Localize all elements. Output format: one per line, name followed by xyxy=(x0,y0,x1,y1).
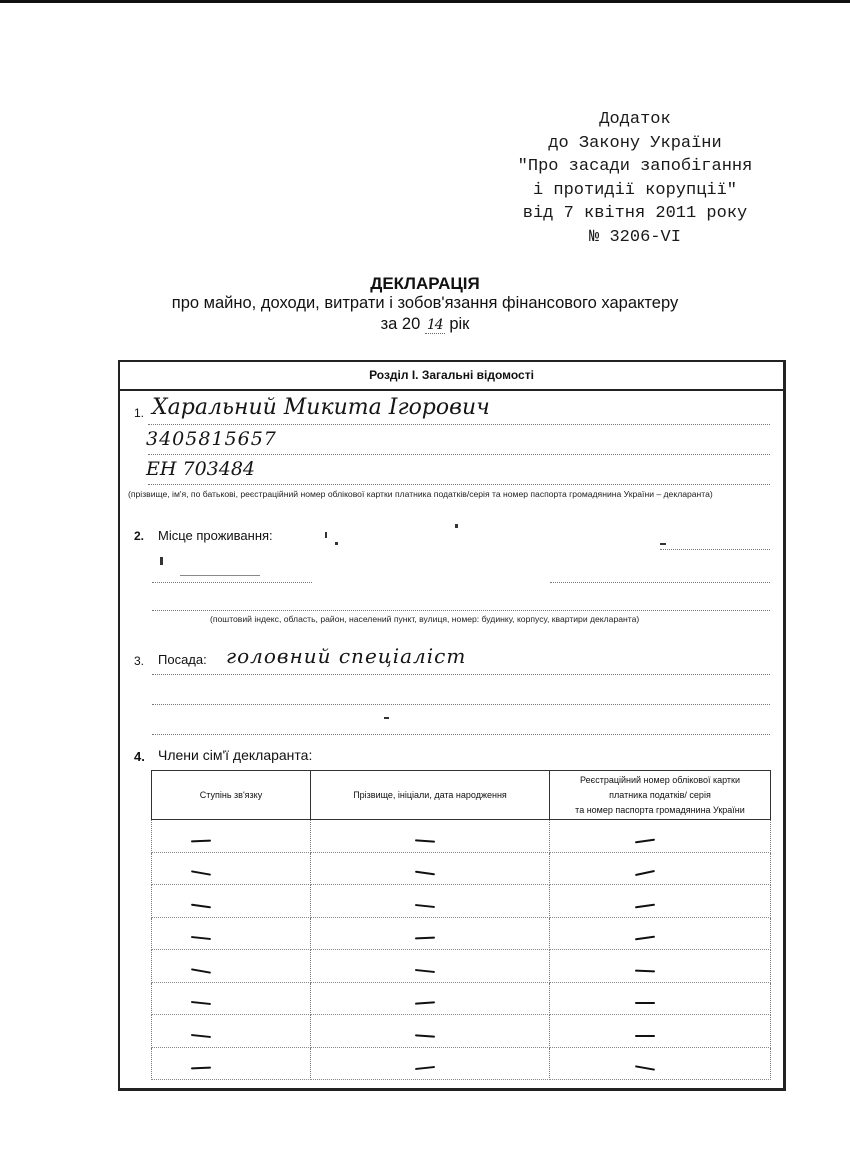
relation-cell[interactable]: — xyxy=(152,852,311,885)
handwritten-dash: — xyxy=(635,903,655,908)
handwritten-dash: — xyxy=(415,1002,435,1005)
tax-id-cell[interactable]: — xyxy=(550,982,771,1015)
scan-top-edge xyxy=(0,0,850,3)
relation-cell[interactable]: — xyxy=(152,1015,311,1048)
name-cell[interactable]: — xyxy=(311,1047,550,1080)
dotted-line xyxy=(148,454,770,455)
tax-id-cell[interactable]: — xyxy=(550,950,771,983)
declaration-title: ДЕКЛАРАЦІЯ xyxy=(0,274,850,294)
appendix-line: Додаток xyxy=(490,108,780,132)
handwritten-dash: — xyxy=(191,871,211,876)
year-suffix: рік xyxy=(449,315,469,333)
header-line: та номер паспорта громадянина України xyxy=(554,803,766,818)
appendix-line: "Про засади запобігання xyxy=(490,155,780,179)
redaction-residue xyxy=(660,543,666,545)
appendix-line: від 7 квітня 2011 року xyxy=(490,202,780,226)
redaction-residue xyxy=(455,524,458,528)
handwritten-dash: — xyxy=(635,870,655,876)
dotted-line xyxy=(148,484,770,485)
tax-id-cell[interactable]: — xyxy=(550,1047,771,1080)
handwritten-dash: — xyxy=(191,1001,211,1005)
name-cell[interactable]: — xyxy=(311,917,550,950)
handwritten-dash: — xyxy=(415,1034,435,1037)
name-cell[interactable]: — xyxy=(311,1015,550,1048)
dotted-line xyxy=(660,549,770,550)
tax-id-cell[interactable]: — xyxy=(550,820,771,853)
redaction-residue xyxy=(160,557,163,565)
handwritten-dash: — xyxy=(191,1034,211,1038)
position-label: Посада: xyxy=(158,652,207,667)
relation-cell[interactable]: — xyxy=(152,982,311,1015)
residence-label: Місце проживання: xyxy=(158,528,273,543)
tax-id-cell[interactable]: — xyxy=(550,885,771,918)
declaration-year: за 20 14 рік xyxy=(0,315,850,334)
table-header-row: Ступінь зв'язку Прізвище, ініціали, дата… xyxy=(152,771,771,820)
dotted-line xyxy=(148,424,770,425)
table-row: ——— xyxy=(152,950,771,983)
handwritten-dash: — xyxy=(635,936,655,941)
tax-id-cell[interactable]: — xyxy=(550,917,771,950)
handwritten-dash: — xyxy=(191,936,211,940)
declaration-subtitle: про майно, доходи, витрати і зобов'язанн… xyxy=(0,294,850,313)
column-header-tax-id: Реєстраційний номер облікової картки пла… xyxy=(550,771,771,820)
year-handwritten: 14 xyxy=(425,317,445,334)
handwritten-dash: — xyxy=(191,1067,211,1070)
handwritten-dash: — xyxy=(635,969,655,972)
name-cell[interactable]: — xyxy=(311,852,550,885)
appendix-line: і протидії корупції" xyxy=(490,179,780,203)
handwritten-dash: — xyxy=(415,937,435,940)
item-3-number: 3. xyxy=(134,654,144,668)
relation-cell[interactable]: — xyxy=(152,917,311,950)
redaction-residue xyxy=(384,717,389,719)
table-row: ——— xyxy=(152,1047,771,1080)
table-row: ——— xyxy=(152,982,771,1015)
tax-id-cell[interactable]: — xyxy=(550,1015,771,1048)
column-header-name: Прізвище, ініціали, дата народження xyxy=(311,771,550,820)
dotted-line xyxy=(152,674,770,675)
item-1-caption: (прізвище, ім'я, по батькові, реєстрацій… xyxy=(128,489,713,499)
column-header-relation: Ступінь зв'язку xyxy=(152,771,311,820)
handwritten-dash: — xyxy=(635,1002,655,1004)
relation-cell[interactable]: — xyxy=(152,1047,311,1080)
handwritten-dash: — xyxy=(415,1066,435,1070)
handwritten-dash: — xyxy=(191,968,211,973)
redaction-residue xyxy=(335,542,338,545)
section-general-info: Розділ І. Загальні відомості 1. Харальни… xyxy=(118,360,786,1091)
redaction-residue xyxy=(180,575,260,576)
table-row: ——— xyxy=(152,852,771,885)
handwritten-dash: — xyxy=(635,1035,655,1037)
table-body: ———————————————————————— xyxy=(152,820,771,1080)
relation-cell[interactable]: — xyxy=(152,820,311,853)
item-1-number: 1. xyxy=(134,406,144,420)
handwritten-dash: — xyxy=(191,903,211,908)
name-cell[interactable]: — xyxy=(311,820,550,853)
table-row: ——— xyxy=(152,885,771,918)
declarant-name-field[interactable]: Харальний Микита Ігорович xyxy=(152,395,490,420)
handwritten-dash: — xyxy=(635,1066,655,1071)
year-prefix: за 20 xyxy=(381,315,421,333)
law-appendix-reference: Додаток до Закону України "Про засади за… xyxy=(490,108,780,249)
header-line: Реєстраційний номер облікової картки xyxy=(554,773,766,788)
redaction-residue xyxy=(325,532,327,538)
position-field[interactable]: головний спеціаліст xyxy=(226,644,466,668)
table-row: ——— xyxy=(152,820,771,853)
family-members-label: Члени сім'ї декларанта: xyxy=(158,747,312,763)
item-2-number: 2. xyxy=(134,529,144,543)
relation-cell[interactable]: — xyxy=(152,885,311,918)
family-members-table: Ступінь зв'язку Прізвище, ініціали, дата… xyxy=(151,770,771,1080)
header-line: платника податків/ серія xyxy=(554,788,766,803)
handwritten-dash: — xyxy=(635,838,655,843)
tax-id-field[interactable]: 3405815657 xyxy=(146,428,277,450)
dotted-line xyxy=(152,582,312,583)
item-4-number: 4. xyxy=(134,749,145,764)
handwritten-dash: — xyxy=(415,871,435,876)
section-header: Розділ І. Загальні відомості xyxy=(120,362,783,391)
handwritten-dash: — xyxy=(415,839,435,842)
tax-id-cell[interactable]: — xyxy=(550,852,771,885)
table-row: ——— xyxy=(152,917,771,950)
name-cell[interactable]: — xyxy=(311,950,550,983)
name-cell[interactable]: — xyxy=(311,982,550,1015)
appendix-line: № 3206-VI xyxy=(490,226,780,250)
dotted-line xyxy=(152,704,770,705)
relation-cell[interactable]: — xyxy=(152,950,311,983)
table-row: ——— xyxy=(152,1015,771,1048)
handwritten-dash: — xyxy=(415,969,435,973)
dotted-line xyxy=(550,582,770,583)
appendix-line: до Закону України xyxy=(490,132,780,156)
dotted-line xyxy=(152,610,770,611)
name-cell[interactable]: — xyxy=(311,885,550,918)
handwritten-dash: — xyxy=(415,904,435,908)
item-2-caption: (поштовий індекс, область, район, населе… xyxy=(210,614,639,624)
handwritten-dash: — xyxy=(191,839,211,842)
dotted-line xyxy=(152,734,770,735)
passport-field[interactable]: ЕН 703484 xyxy=(146,458,255,480)
